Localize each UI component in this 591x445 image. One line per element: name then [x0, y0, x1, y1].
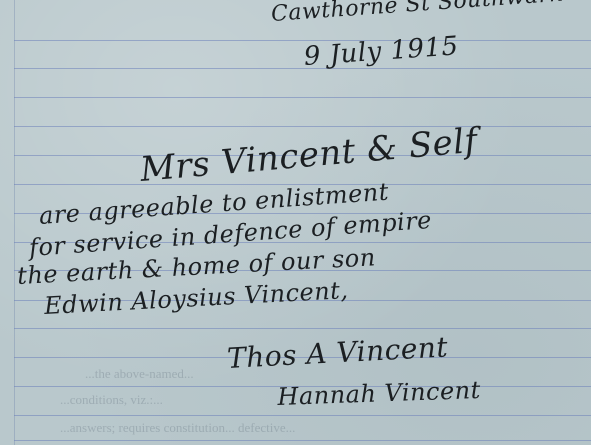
ruled-line: [14, 328, 591, 329]
sender-address: Cawthorne St Southwark: [270, 0, 564, 27]
ruled-line: [14, 97, 591, 98]
ruled-line: [14, 126, 591, 127]
faint-printed-text: ...the above-named...: [85, 366, 194, 382]
margin-line: [14, 0, 15, 445]
letter-paper: ...the above-named... ...conditions, viz…: [0, 0, 591, 445]
ruled-line: [14, 40, 591, 41]
faint-printed-text: ...answers; requires constitution... def…: [60, 420, 295, 436]
ruled-line: [14, 415, 591, 416]
body-line: Mrs Vincent & Self: [139, 121, 480, 190]
ruled-line: [14, 440, 591, 441]
faint-printed-text: ...conditions, viz.:...: [60, 392, 163, 408]
signature-mother: Hannah Vincent: [277, 376, 481, 411]
signature-father: Thos A Vincent: [226, 330, 449, 375]
letter-date: 9 July 1915: [303, 31, 460, 72]
ruled-line: [14, 68, 591, 69]
